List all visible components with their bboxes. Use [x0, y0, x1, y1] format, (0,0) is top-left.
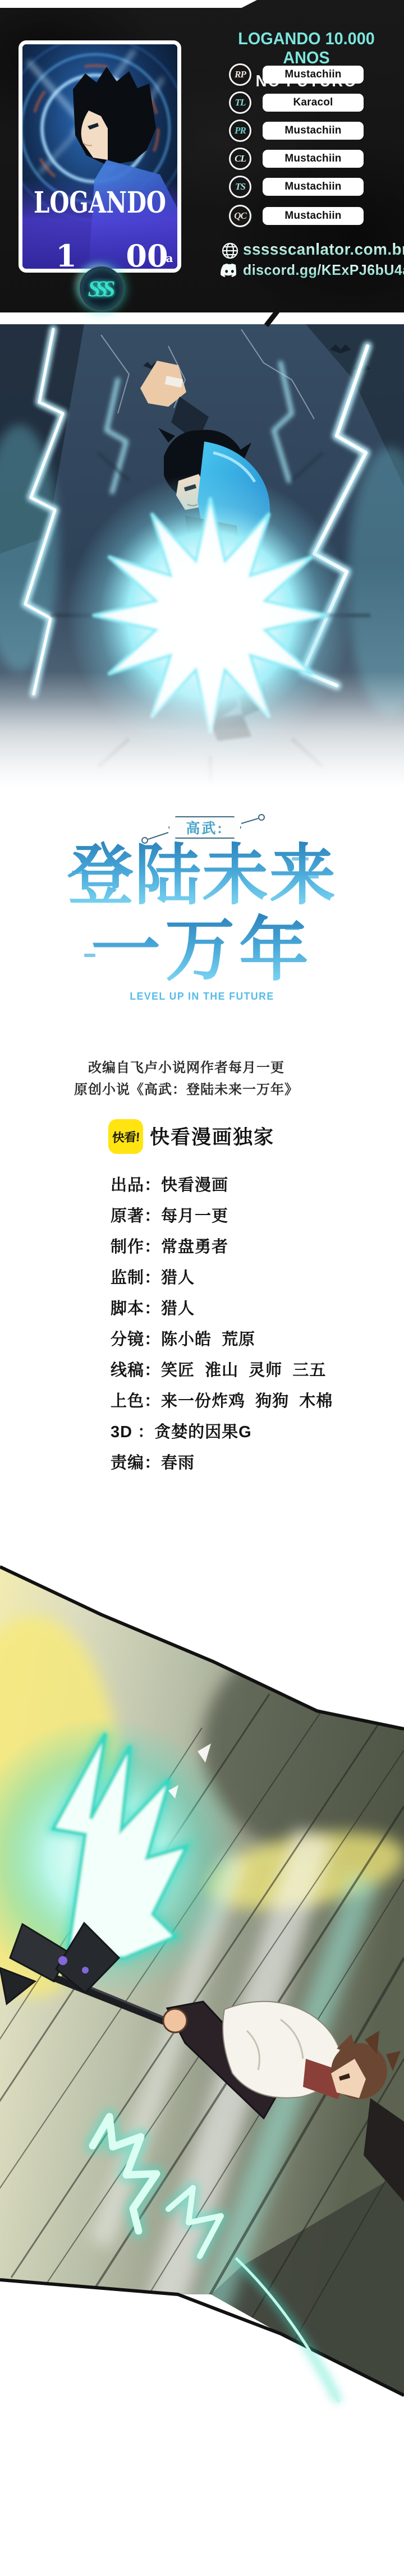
role-letter-0: RP: [235, 69, 246, 80]
credit-name-pill: Mustachiin: [263, 178, 364, 196]
discord-link: discord.gg/KExPJ6bU4a: [243, 261, 404, 279]
top-white-notch: [0, 0, 257, 8]
production-row: 上色：来一份炸鸡 狗狗 木棉: [111, 1386, 380, 1417]
production-row: 监制：猎人: [111, 1263, 380, 1294]
role-letter-1: TL: [235, 97, 246, 108]
credit-name: Karacol: [293, 96, 333, 109]
credit-row: RP Mustachiin: [0, 63, 404, 86]
globe-icon: [221, 242, 239, 260]
logo-subtitle: LEVEL UP IN THE FUTURE: [4, 991, 400, 1002]
credit-row: TS Mustachiin: [0, 176, 404, 198]
cover-number-left: 1: [56, 238, 77, 269]
logo-badge: 高武:: [168, 816, 241, 839]
credit-name-pill: Mustachiin: [263, 66, 364, 84]
production-row: 出品：快看漫画: [111, 1170, 380, 1201]
panel-art-bottom: [0, 1565, 404, 2409]
scanlation-page: LOGANDO 1 00 a SSS LOGANDO 10.000 ANOS N…: [0, 0, 404, 2576]
production-row: 分镜：陈小皓 荒原: [111, 1324, 380, 1355]
production-row: 制作：常盘勇者: [111, 1232, 380, 1263]
sss-logo-badge: SSS: [80, 266, 123, 310]
website-link: ssssscanlator.com.br: [243, 241, 404, 259]
cover-number-suffix: a: [166, 251, 173, 265]
role-letter-3: CL: [235, 153, 246, 164]
production-credits: 出品：快看漫画 原著：每月一更 制作：常盘勇者 监制：猎人 脚本：猎人 分镜：陈…: [111, 1170, 380, 1479]
credit-name: Mustachiin: [284, 210, 341, 222]
production-row: 3D ：贪婪的因果G: [111, 1417, 380, 1448]
credit-name: Mustachiin: [284, 68, 341, 81]
logo-title-line1: 登陆未来: [0, 839, 404, 912]
sss-monogram: SSS: [88, 275, 116, 302]
credit-row: CL Mustachiin: [0, 148, 404, 170]
adaptation-line2: 原创小说《高武：登陆未来一万年》: [0, 1079, 373, 1101]
credit-name-pill: Karacol: [263, 94, 364, 112]
role-badge: QC: [229, 205, 251, 227]
production-row: 线稿：笑匠 淮山 灵师 三五: [111, 1355, 380, 1386]
role-badge: RP: [229, 63, 251, 86]
role-badge: PR: [229, 119, 251, 142]
role-badge: CL: [229, 148, 251, 170]
role-letter-2: PR: [235, 125, 246, 136]
credit-name: Mustachiin: [284, 181, 341, 193]
kuaikan-badge-label: 快看!: [112, 1128, 140, 1146]
logo-badge-label: 高武:: [186, 817, 223, 838]
credit-name-pill: Mustachiin: [263, 207, 364, 225]
adaptation-line1: 改编自飞卢小说网作者每月一更: [0, 1057, 373, 1079]
kuaikan-exclusive-text: 快看漫画独家: [150, 1122, 274, 1150]
role-badge: TS: [229, 176, 251, 198]
production-row: 责编：春雨: [111, 1448, 380, 1479]
production-row: 脚本：猎人: [111, 1294, 380, 1324]
kuaikan-logo-badge: 快看!: [108, 1119, 143, 1154]
series-title-line1: LOGANDO 10.000 ANOS: [215, 29, 397, 67]
production-row: 原著：每月一更: [111, 1201, 380, 1232]
discord-icon: [219, 263, 240, 279]
adaptation-note: 改编自飞卢小说网作者每月一更 原创小说《高武：登陆未来一万年》: [0, 1057, 373, 1101]
credit-name-pill: Mustachiin: [263, 150, 364, 168]
panel-art-top: [0, 312, 404, 803]
role-letter-5: QC: [234, 210, 246, 222]
credit-name: Mustachiin: [284, 125, 341, 137]
role-badge: TL: [229, 91, 251, 114]
credit-row: TL Karacol: [0, 91, 404, 114]
logo-title-line2: 一万年: [0, 912, 404, 988]
cover-number-right: 00: [126, 238, 168, 269]
credit-name: Mustachiin: [284, 153, 341, 165]
credit-row: PR Mustachiin: [0, 119, 404, 142]
credit-name-pill: Mustachiin: [263, 122, 364, 140]
credit-row: QC Mustachiin: [0, 205, 404, 227]
role-letter-4: TS: [235, 181, 245, 192]
